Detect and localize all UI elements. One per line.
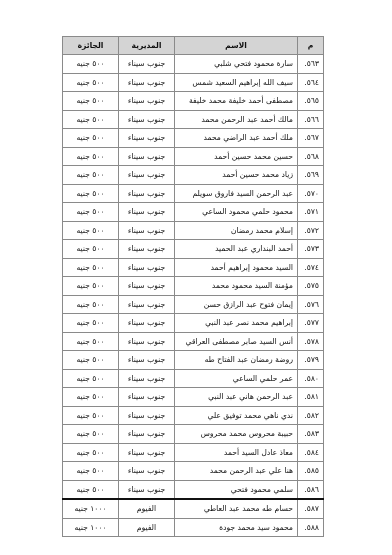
row-prize: ٥٠٠ جنيه bbox=[63, 55, 119, 74]
row-prize: ١٠٠٠ جنيه bbox=[63, 518, 119, 537]
row-prize: ٥٠٠ جنيه bbox=[63, 406, 119, 425]
row-name: محمود سيد محمد جودة bbox=[175, 518, 298, 537]
row-number: ٥٧٢. bbox=[298, 221, 324, 240]
header-prize: الجائزة bbox=[63, 37, 119, 55]
row-prize: ٥٠٠ جنيه bbox=[63, 258, 119, 277]
header-num: م bbox=[298, 37, 324, 55]
row-directorate: جنوب سيناء bbox=[119, 277, 175, 296]
row-prize: ٥٠٠ جنيه bbox=[63, 184, 119, 203]
table-row: ٥٨٠.عمر حلمي الساعيجنوب سيناء٥٠٠ جنيه bbox=[63, 369, 324, 388]
table-row: ٥٧٤.السيد محمود إبراهيم أحمدجنوب سيناء٥٠… bbox=[63, 258, 324, 277]
row-number: ٥٦٩. bbox=[298, 166, 324, 185]
row-prize: ٥٠٠ جنيه bbox=[63, 314, 119, 333]
row-directorate: الفيوم bbox=[119, 499, 175, 518]
row-number: ٥٦٥. bbox=[298, 92, 324, 111]
row-number: ٥٨٧. bbox=[298, 499, 324, 518]
row-prize: ١٠٠٠ جنيه bbox=[63, 499, 119, 518]
row-prize: ٥٠٠ جنيه bbox=[63, 425, 119, 444]
row-directorate: جنوب سيناء bbox=[119, 92, 175, 111]
row-directorate: جنوب سيناء bbox=[119, 203, 175, 222]
winners-table: م الاسم المديرية الجائزة ٥٦٣.سارة محمود … bbox=[62, 36, 324, 537]
row-prize: ٥٠٠ جنيه bbox=[63, 480, 119, 499]
row-prize: ٥٠٠ جنيه bbox=[63, 166, 119, 185]
row-name: السيد محمود إبراهيم أحمد bbox=[175, 258, 298, 277]
row-name: ندي ناهي محمد توفيق علي bbox=[175, 406, 298, 425]
row-name: حسام طه محمد عبد العاطي bbox=[175, 499, 298, 518]
table-header-row: م الاسم المديرية الجائزة bbox=[63, 37, 324, 55]
table-body: ٥٦٣.سارة محمود فتحي شلبيجنوب سيناء٥٠٠ جن… bbox=[63, 55, 324, 537]
row-directorate: جنوب سيناء bbox=[119, 166, 175, 185]
row-name: أحمد البنداري عبد الحميد bbox=[175, 240, 298, 259]
row-directorate: جنوب سيناء bbox=[119, 332, 175, 351]
row-directorate: جنوب سيناء bbox=[119, 351, 175, 370]
row-prize: ٥٠٠ جنيه bbox=[63, 277, 119, 296]
row-name: روضة رمضان عبد الفتاح طه bbox=[175, 351, 298, 370]
row-directorate: جنوب سيناء bbox=[119, 462, 175, 481]
table-row: ٥٦٣.سارة محمود فتحي شلبيجنوب سيناء٥٠٠ جن… bbox=[63, 55, 324, 74]
row-number: ٥٧٧. bbox=[298, 314, 324, 333]
row-number: ٥٦٧. bbox=[298, 129, 324, 148]
table-row: ٥٧٣.أحمد البنداري عبد الحميدجنوب سيناء٥٠… bbox=[63, 240, 324, 259]
row-number: ٥٧٩. bbox=[298, 351, 324, 370]
header-name: الاسم bbox=[175, 37, 298, 55]
row-name: سيف الله إبراهيم السعيد شمس bbox=[175, 73, 298, 92]
row-name: ملك أحمد عبد الراضي محمد bbox=[175, 129, 298, 148]
row-name: إيمان فتوح عبد الرازق حسن bbox=[175, 295, 298, 314]
table-row: ٥٧١.محمود حلمي محمود الساعيجنوب سيناء٥٠٠… bbox=[63, 203, 324, 222]
table-row: ٥٦٩.زياد محمد حسين أحمدجنوب سيناء٥٠٠ جني… bbox=[63, 166, 324, 185]
table-row: ٥٨٢.ندي ناهي محمد توفيق عليجنوب سيناء٥٠٠… bbox=[63, 406, 324, 425]
table-row: ٥٦٤.سيف الله إبراهيم السعيد شمسجنوب سينا… bbox=[63, 73, 324, 92]
row-number: ٥٧٨. bbox=[298, 332, 324, 351]
row-number: ٥٧٣. bbox=[298, 240, 324, 259]
row-directorate: جنوب سيناء bbox=[119, 221, 175, 240]
row-name: سارة محمود فتحي شلبي bbox=[175, 55, 298, 74]
table-row: ٥٨٦.سلمي محمود فتحيجنوب سيناء٥٠٠ جنيه bbox=[63, 480, 324, 499]
row-number: ٥٦٨. bbox=[298, 147, 324, 166]
row-directorate: جنوب سيناء bbox=[119, 147, 175, 166]
row-number: ٥٦٤. bbox=[298, 73, 324, 92]
row-directorate: جنوب سيناء bbox=[119, 184, 175, 203]
row-directorate: جنوب سيناء bbox=[119, 406, 175, 425]
row-prize: ٥٠٠ جنيه bbox=[63, 203, 119, 222]
row-name: مؤمنة السيد محمود محمد bbox=[175, 277, 298, 296]
table-row: ٥٨٥.هنا علي عبد الرحمن محمدجنوب سيناء٥٠٠… bbox=[63, 462, 324, 481]
row-number: ٥٧٥. bbox=[298, 277, 324, 296]
row-number: ٥٧٦. bbox=[298, 295, 324, 314]
row-number: ٥٨٤. bbox=[298, 443, 324, 462]
row-name: زياد محمد حسين أحمد bbox=[175, 166, 298, 185]
row-name: مصطفى أحمد خليفة محمد خليفة bbox=[175, 92, 298, 111]
row-number: ٥٦٦. bbox=[298, 110, 324, 129]
table-row: ٥٧٥.مؤمنة السيد محمود محمدجنوب سيناء٥٠٠ … bbox=[63, 277, 324, 296]
row-number: ٥٨٢. bbox=[298, 406, 324, 425]
row-name: محمود حلمي محمود الساعي bbox=[175, 203, 298, 222]
table-row: ٥٧٢.إسلام محمد رمضانجنوب سيناء٥٠٠ جنيه bbox=[63, 221, 324, 240]
row-directorate: جنوب سيناء bbox=[119, 480, 175, 499]
row-directorate: جنوب سيناء bbox=[119, 388, 175, 407]
header-directorate: المديرية bbox=[119, 37, 175, 55]
row-directorate: جنوب سيناء bbox=[119, 73, 175, 92]
row-prize: ٥٠٠ جنيه bbox=[63, 332, 119, 351]
table-row: ٥٨٨.محمود سيد محمد جودةالفيوم١٠٠٠ جنيه bbox=[63, 518, 324, 537]
row-number: ٥٨٦. bbox=[298, 480, 324, 499]
row-name: عبد الرحمن هاني عبد النبي bbox=[175, 388, 298, 407]
row-prize: ٥٠٠ جنيه bbox=[63, 240, 119, 259]
table-row: ٥٦٨.حسين محمد حسين أحمدجنوب سيناء٥٠٠ جني… bbox=[63, 147, 324, 166]
row-number: ٥٨٥. bbox=[298, 462, 324, 481]
row-number: ٥٧٠. bbox=[298, 184, 324, 203]
row-directorate: الفيوم bbox=[119, 518, 175, 537]
row-name: إبراهيم محمد نصر عبد النبي bbox=[175, 314, 298, 333]
row-name: أنس السيد صابر مصطفى العراقي bbox=[175, 332, 298, 351]
table-row: ٥٧٨.أنس السيد صابر مصطفى العراقيجنوب سين… bbox=[63, 332, 324, 351]
row-directorate: جنوب سيناء bbox=[119, 443, 175, 462]
row-directorate: جنوب سيناء bbox=[119, 129, 175, 148]
row-directorate: جنوب سيناء bbox=[119, 295, 175, 314]
table-row: ٥٧٧.إبراهيم محمد نصر عبد النبيجنوب سيناء… bbox=[63, 314, 324, 333]
row-name: هنا علي عبد الرحمن محمد bbox=[175, 462, 298, 481]
row-prize: ٥٠٠ جنيه bbox=[63, 110, 119, 129]
row-prize: ٥٠٠ جنيه bbox=[63, 462, 119, 481]
row-directorate: جنوب سيناء bbox=[119, 369, 175, 388]
row-prize: ٥٠٠ جنيه bbox=[63, 351, 119, 370]
row-name: حبيبة محروس محمد محروس bbox=[175, 425, 298, 444]
table-row: ٥٨٤.معاذ عادل السيد أحمدجنوب سيناء٥٠٠ جن… bbox=[63, 443, 324, 462]
table-row: ٥٧٠.عبد الرحمن السيد فاروق سويلمجنوب سين… bbox=[63, 184, 324, 203]
row-number: ٥٨٣. bbox=[298, 425, 324, 444]
row-name: مالك أحمد عبد الرحمن محمد bbox=[175, 110, 298, 129]
row-directorate: جنوب سيناء bbox=[119, 314, 175, 333]
row-name: إسلام محمد رمضان bbox=[175, 221, 298, 240]
document-page: م الاسم المديرية الجائزة ٥٦٣.سارة محمود … bbox=[62, 36, 323, 537]
table-row: ٥٦٥.مصطفى أحمد خليفة محمد خليفةجنوب سينا… bbox=[63, 92, 324, 111]
row-directorate: جنوب سيناء bbox=[119, 425, 175, 444]
table-row: ٥٨٧.حسام طه محمد عبد العاطيالفيوم١٠٠٠ جن… bbox=[63, 499, 324, 518]
row-name: عبد الرحمن السيد فاروق سويلم bbox=[175, 184, 298, 203]
row-name: حسين محمد حسين أحمد bbox=[175, 147, 298, 166]
row-number: ٥٨٠. bbox=[298, 369, 324, 388]
row-directorate: جنوب سيناء bbox=[119, 55, 175, 74]
table-row: ٥٨٣.حبيبة محروس محمد محروسجنوب سيناء٥٠٠ … bbox=[63, 425, 324, 444]
row-prize: ٥٠٠ جنيه bbox=[63, 92, 119, 111]
table-row: ٥٦٧.ملك أحمد عبد الراضي محمدجنوب سيناء٥٠… bbox=[63, 129, 324, 148]
row-directorate: جنوب سيناء bbox=[119, 258, 175, 277]
row-prize: ٥٠٠ جنيه bbox=[63, 73, 119, 92]
table-row: ٥٧٦.إيمان فتوح عبد الرازق حسنجنوب سيناء٥… bbox=[63, 295, 324, 314]
row-name: معاذ عادل السيد أحمد bbox=[175, 443, 298, 462]
table-row: ٥٧٩.روضة رمضان عبد الفتاح طهجنوب سيناء٥٠… bbox=[63, 351, 324, 370]
row-number: ٥٨٨. bbox=[298, 518, 324, 537]
row-directorate: جنوب سيناء bbox=[119, 110, 175, 129]
row-prize: ٥٠٠ جنيه bbox=[63, 295, 119, 314]
table-row: ٥٦٦.مالك أحمد عبد الرحمن محمدجنوب سيناء٥… bbox=[63, 110, 324, 129]
table-row: ٥٨١.عبد الرحمن هاني عبد النبيجنوب سيناء٥… bbox=[63, 388, 324, 407]
row-prize: ٥٠٠ جنيه bbox=[63, 443, 119, 462]
row-prize: ٥٠٠ جنيه bbox=[63, 221, 119, 240]
row-number: ٥٨١. bbox=[298, 388, 324, 407]
row-number: ٥٦٣. bbox=[298, 55, 324, 74]
row-prize: ٥٠٠ جنيه bbox=[63, 388, 119, 407]
row-prize: ٥٠٠ جنيه bbox=[63, 129, 119, 148]
row-name: سلمي محمود فتحي bbox=[175, 480, 298, 499]
row-number: ٥٧١. bbox=[298, 203, 324, 222]
row-name: عمر حلمي الساعي bbox=[175, 369, 298, 388]
row-directorate: جنوب سيناء bbox=[119, 240, 175, 259]
row-prize: ٥٠٠ جنيه bbox=[63, 147, 119, 166]
row-number: ٥٧٤. bbox=[298, 258, 324, 277]
row-prize: ٥٠٠ جنيه bbox=[63, 369, 119, 388]
